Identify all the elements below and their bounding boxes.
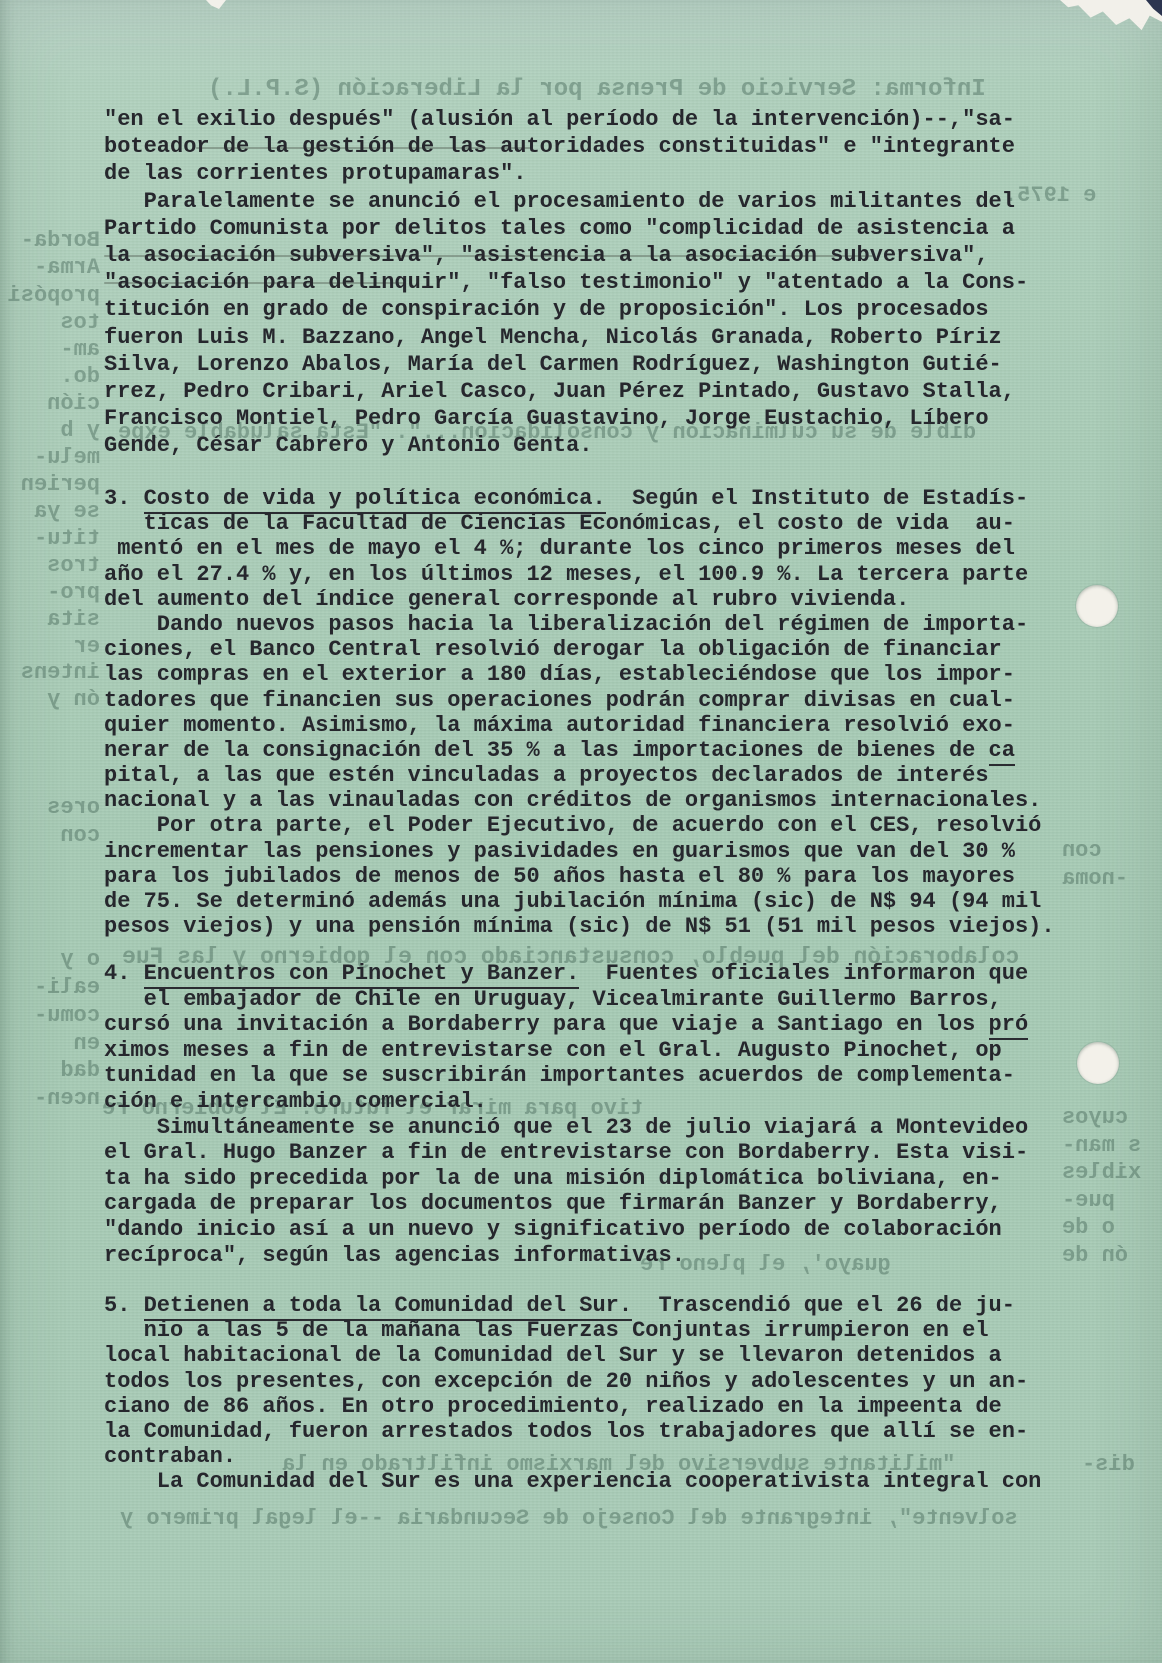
text-line: fueron Luis M. Bazzano, Angel Mencha, Ni… xyxy=(104,324,1104,351)
text-segment: ximos meses a fin de entrevistarse con e… xyxy=(104,1038,1002,1063)
text-line: el embajador de Chile en Uruguay, Viceal… xyxy=(104,987,1104,1013)
text-segment: 4. xyxy=(104,961,144,986)
text-segment: para los jubilados de menos de 50 años h… xyxy=(104,864,1015,889)
text-line: La Comunidad del Sur es una experiencia … xyxy=(104,1469,1104,1494)
text-line: del aumento del índice general correspon… xyxy=(104,587,1104,612)
text-line: Simultáneamente se anunció que el 23 de … xyxy=(104,1115,1104,1141)
text-segment: ciones, el Banco Central resolvió deroga… xyxy=(104,637,1002,662)
text-line: nacional y a las vinauladas con créditos… xyxy=(104,788,1104,813)
text-segment: Dando nuevos pasos hacia la liberalizaci… xyxy=(104,612,1028,637)
text-line: ticas de la Facultad de Ciencias Económi… xyxy=(104,511,1104,536)
text-line: nerar de la consignación del 35 % a las … xyxy=(104,738,1104,763)
text-line: boteador de la gestión de las autoridade… xyxy=(104,133,1104,160)
text-segment: el Gral. Hugo Banzer a fin de entrevista… xyxy=(104,1140,1028,1165)
underlined-text: Detienen a toda la Comunidad del Sur. xyxy=(144,1293,632,1321)
text-segment: fueron Luis M. Bazzano, Angel Mencha, Ni… xyxy=(104,325,1002,350)
text-segment: año el 27.4 % y, en los últimos 12 meses… xyxy=(104,562,1028,587)
text-segment: Partido Comunista por delitos tales como… xyxy=(104,216,1015,241)
text-segment: pesos viejos) y una pensión mínima (sic)… xyxy=(104,914,1055,939)
text-line: recíproca", según las agencias informati… xyxy=(104,1243,1104,1269)
text-line: rrez, Pedro Cribari, Ariel Casco, Juan P… xyxy=(104,378,1104,405)
text-segment: Según el Instituto de Estadís- xyxy=(606,486,1028,511)
text-line: tunidad en la que se suscribirán importa… xyxy=(104,1063,1104,1089)
text-segment: todos los presentes, con excepción de 20… xyxy=(104,1369,1028,1394)
text-segment: Paralelamente se anunció el procesamient… xyxy=(104,189,1015,214)
text-segment: ciano de 86 años. En otro procedimiento,… xyxy=(104,1394,1002,1419)
text-line: todos los presentes, con excepción de 20… xyxy=(104,1369,1104,1394)
text-segment: 3. xyxy=(104,486,144,511)
text-block-section-3: 3. Costo de vida y política económica. S… xyxy=(104,486,1104,939)
text-segment: el embajador de Chile en Uruguay, Viceal… xyxy=(104,987,1002,1012)
text-line: año el 27.4 % y, en los últimos 12 meses… xyxy=(104,562,1104,587)
text-segment: mentó en el mes de mayo el 4 %; durante … xyxy=(104,536,1015,561)
text-segment: tunidad en la que se suscribirán importa… xyxy=(104,1063,1015,1088)
text-segment: ta ha sido precedida por la de una misió… xyxy=(104,1166,1002,1191)
text-segment: Francisco Montiel, Pedro García Guastavi… xyxy=(104,406,989,431)
text-segment: boteador de la gestión de las autoridade… xyxy=(104,134,1015,159)
text-line: "dando inicio así a un nuevo y significa… xyxy=(104,1217,1104,1243)
text-block-section-4: 4. Encuentros con Pinochet y Banzer. Fue… xyxy=(104,961,1104,1268)
text-segment: Gende, César Cabrero y Antonio Genta. xyxy=(104,433,592,458)
text-line: Silva, Lorenzo Abalos, María del Carmen … xyxy=(104,351,1104,378)
text-line: para los jubilados de menos de 50 años h… xyxy=(104,864,1104,889)
text-segment: la Comunidad, fueron arrestados todos lo… xyxy=(104,1419,1028,1444)
text-line: Paralelamente se anunció el procesamient… xyxy=(104,188,1104,215)
text-line: local habitacional de la Comunidad del S… xyxy=(104,1343,1104,1368)
text-segment: recíproca", según las agencias informati… xyxy=(104,1243,685,1268)
punch-hole xyxy=(1077,1042,1119,1084)
text-line: cursó una invitación a Bordaberry para q… xyxy=(104,1012,1104,1038)
text-segment: "en el exilio después" (alusión al perío… xyxy=(104,107,1015,132)
typewritten-text-layer: "en el exilio después" (alusión al perío… xyxy=(0,0,1162,1663)
text-line: las compras en el exterior a 180 días, e… xyxy=(104,662,1104,687)
text-segment: 5. xyxy=(104,1293,144,1318)
underlined-text: ca xyxy=(989,738,1015,766)
text-line: ciano de 86 años. En otro procedimiento,… xyxy=(104,1394,1104,1419)
text-segment: las compras en el exterior a 180 días, e… xyxy=(104,662,1015,687)
text-segment: local habitacional de la Comunidad del S… xyxy=(104,1343,1002,1368)
underlined-text: Costo de vida y política económica. xyxy=(144,486,606,514)
text-line: quier momento. Asimismo, la máxima autor… xyxy=(104,713,1104,738)
text-line: tadores que financien sus operaciones po… xyxy=(104,688,1104,713)
text-line: titución en grado de conspiración y de p… xyxy=(104,296,1104,323)
text-segment: Fuentes oficiales informaron que xyxy=(579,961,1028,986)
text-segment: rrez, Pedro Cribari, Ariel Casco, Juan P… xyxy=(104,379,1015,404)
text-line: pital, a las que estén vinculadas a proy… xyxy=(104,763,1104,788)
underlined-text: Encuentros con Pinochet y Banzer. xyxy=(144,961,580,989)
text-line: de las corrientes protupamaras". xyxy=(104,160,1104,187)
text-segment: nio a las 5 de la mañana las Fuerzas Con… xyxy=(104,1318,989,1343)
text-line: Francisco Montiel, Pedro García Guastavi… xyxy=(104,405,1104,432)
text-line: Partido Comunista por delitos tales como… xyxy=(104,215,1104,242)
text-segment: ción e intercambio comercial. xyxy=(104,1089,487,1114)
text-line: nio a las 5 de la mañana las Fuerzas Con… xyxy=(104,1318,1104,1343)
text-segment: la asociación subversiva", "asistencia a… xyxy=(104,243,989,268)
text-segment: quier momento. Asimismo, la máxima autor… xyxy=(104,713,1015,738)
text-line: ciones, el Banco Central resolvió deroga… xyxy=(104,637,1104,662)
text-line: contraban. xyxy=(104,1444,1104,1469)
text-segment: contraban. xyxy=(104,1444,236,1469)
text-line: 4. Encuentros con Pinochet y Banzer. Fue… xyxy=(104,961,1104,987)
text-segment: Simultáneamente se anunció que el 23 de … xyxy=(104,1115,1028,1140)
text-line: Por otra parte, el Poder Ejecutivo, de a… xyxy=(104,813,1104,838)
text-segment: cursó una invitación a Bordaberry para q… xyxy=(104,1012,989,1037)
text-line: ta ha sido precedida por la de una misió… xyxy=(104,1166,1104,1192)
text-line: ción e intercambio comercial. xyxy=(104,1089,1104,1115)
text-segment: La Comunidad del Sur es una experiencia … xyxy=(104,1469,1041,1494)
text-segment: cargada de preparar los documentos que f… xyxy=(104,1191,1002,1216)
text-segment: nerar de la consignación del 35 % a las … xyxy=(104,738,989,763)
text-segment: Por otra parte, el Poder Ejecutivo, de a… xyxy=(104,813,1041,838)
text-segment: Trascendió que el 26 de ju- xyxy=(632,1293,1015,1318)
underlined-text: pró xyxy=(989,1012,1029,1040)
text-line: 5. Detienen a toda la Comunidad del Sur.… xyxy=(104,1293,1104,1318)
text-line: ximos meses a fin de entrevistarse con e… xyxy=(104,1038,1104,1064)
text-line: la asociación subversiva", "asistencia a… xyxy=(104,242,1104,269)
text-block-intro: "en el exilio después" (alusión al perío… xyxy=(104,106,1104,459)
text-line: pesos viejos) y una pensión mínima (sic)… xyxy=(104,914,1104,939)
text-line: mentó en el mes de mayo el 4 %; durante … xyxy=(104,536,1104,561)
text-segment: "dando inicio así a un nuevo y significa… xyxy=(104,1217,1002,1242)
text-line: cargada de preparar los documentos que f… xyxy=(104,1191,1104,1217)
punch-hole xyxy=(1076,585,1118,627)
text-line: 3. Costo de vida y política económica. S… xyxy=(104,486,1104,511)
text-segment: titución en grado de conspiración y de p… xyxy=(104,297,989,322)
text-line: "en el exilio después" (alusión al perío… xyxy=(104,106,1104,133)
text-block-section-5: 5. Detienen a toda la Comunidad del Sur.… xyxy=(104,1293,1104,1495)
text-line: de 75. Se determinó además una jubilació… xyxy=(104,889,1104,914)
text-segment: tadores que financien sus operaciones po… xyxy=(104,688,1015,713)
text-line: "asociación para delinquir", "falso test… xyxy=(104,269,1104,296)
text-segment: nacional y a las vinauladas con créditos… xyxy=(104,788,1041,813)
text-line: incrementar las pensiones y pasividades … xyxy=(104,839,1104,864)
text-segment: incrementar las pensiones y pasividades … xyxy=(104,839,1015,864)
text-line: el Gral. Hugo Banzer a fin de entrevista… xyxy=(104,1140,1104,1166)
text-line: Dando nuevos pasos hacia la liberalizaci… xyxy=(104,612,1104,637)
scanned-document-page: Informa: Servicio de Prensa por la Liber… xyxy=(0,0,1162,1663)
text-segment: pital, a las que estén vinculadas a proy… xyxy=(104,763,989,788)
text-segment: del aumento del índice general correspon… xyxy=(104,587,909,612)
text-line: Gende, César Cabrero y Antonio Genta. xyxy=(104,432,1104,459)
text-segment: ticas de la Facultad de Ciencias Económi… xyxy=(104,511,1015,536)
text-segment: de las corrientes protupamaras". xyxy=(104,161,526,186)
text-segment: "asociación para delinquir", "falso test… xyxy=(104,270,1028,295)
text-segment: Silva, Lorenzo Abalos, María del Carmen … xyxy=(104,352,1002,377)
text-line: la Comunidad, fueron arrestados todos lo… xyxy=(104,1419,1104,1444)
text-segment: de 75. Se determinó además una jubilació… xyxy=(104,889,1041,914)
